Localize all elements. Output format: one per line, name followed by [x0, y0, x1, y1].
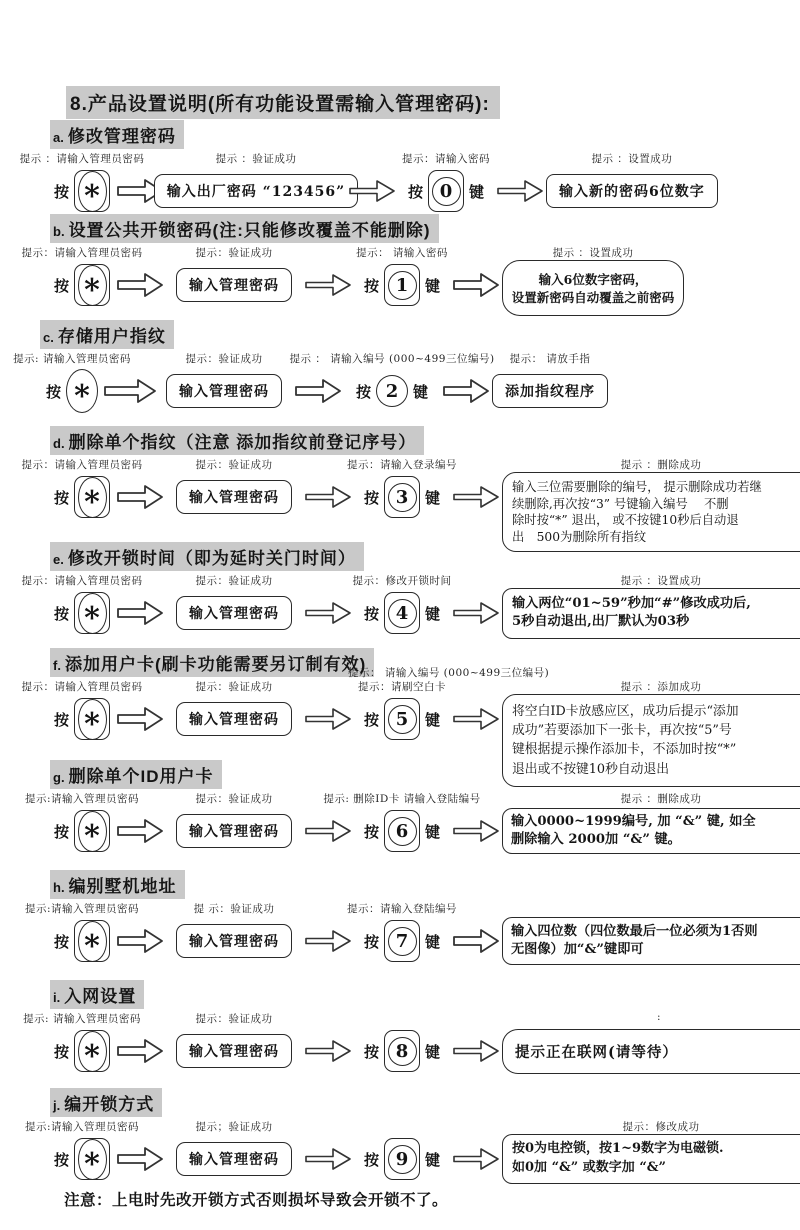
arrow-right-icon	[305, 600, 351, 626]
arrow-right-icon	[117, 818, 163, 844]
arrow-right-icon	[349, 178, 395, 204]
flow-row: 提示:请输入管理员密码 按 * 提示：验证成功 输入管理密码 提示: 删除ID卡…	[50, 791, 795, 856]
key-7-glyph: 7	[388, 927, 417, 956]
section-letter: i.	[53, 990, 60, 1005]
prompt: 提示：验证成功	[186, 351, 263, 366]
arrow-right-icon	[117, 1038, 163, 1064]
step-box: 输入管理密码	[176, 480, 292, 514]
key-6-glyph: 6	[388, 817, 417, 846]
section-h: h.编别墅机地址 提示:请输入管理员密码 按 * 提 示：验证成功 输入管理密码…	[50, 870, 795, 966]
prompt: 提示：请输入密码	[402, 151, 490, 166]
section-letter: g.	[53, 770, 65, 785]
star-key: *	[66, 371, 98, 411]
step-box: 输入管理密码	[176, 702, 292, 736]
section-letter: h.	[53, 880, 65, 895]
star-key-glyph: *	[78, 171, 107, 212]
key-5-glyph: 5	[388, 705, 417, 734]
press-label: 按	[54, 1149, 69, 1170]
section-letter: e.	[53, 552, 64, 567]
section-b: b.设置公共开锁密码(注:只能修改覆盖不能删除) 提示：请输入管理员密码 按 *…	[50, 214, 795, 316]
press-label: 按	[408, 181, 423, 202]
arrow-right-icon	[453, 818, 499, 844]
star-key-glyph: *	[78, 1139, 107, 1180]
arrow-right-icon	[305, 818, 351, 844]
arrow-right-icon	[453, 706, 499, 732]
press-label: 按	[54, 931, 69, 952]
step-box: 输入管理密码	[176, 1142, 292, 1176]
section-title: 修改开锁时间（即为延时关门时间）	[68, 549, 356, 568]
prompt: 提示 ：添加成功	[621, 679, 702, 694]
section-d-header: d.删除单个指纹（注意 添加指纹前登记序号）	[50, 426, 424, 455]
arrow-right-icon	[117, 272, 163, 298]
key-6: 6	[384, 810, 420, 852]
key-0: 0	[428, 170, 464, 212]
section-title: 修改管理密码	[68, 127, 176, 146]
arrow-right-icon	[453, 272, 499, 298]
arrow-right-icon	[497, 178, 543, 204]
prompt: 提示；验证成功	[196, 1119, 273, 1134]
press-label: 按	[54, 1041, 69, 1062]
prompt: 提示 ：设置成功	[591, 151, 672, 166]
step-box: 输入管理密码	[176, 814, 292, 848]
section-letter: d.	[53, 436, 65, 451]
result-box: 按0为电控锁，按1~9数字为电磁锁.如0加 “&” 或数字加 “&”	[502, 1134, 800, 1184]
star-key: *	[74, 170, 110, 212]
prompt: 提示: 请输入管理员密码	[13, 351, 131, 366]
section-j: j.编开锁方式 提示:请输入管理员密码 按 * 提示；验证成功 输入管理密码 按…	[50, 1088, 795, 1184]
star-key: *	[74, 476, 110, 518]
result-box: 输入三位需要删除的编号， 提示删除成功若继续删除,再次按“3” 号键输入编号 不…	[502, 472, 800, 552]
star-key-glyph: *	[78, 477, 107, 518]
prompt: 提示 ：验证成功	[216, 151, 297, 166]
step-box: 输入管理密码	[176, 1034, 292, 1068]
section-title: 设置公共开锁密码(注:只能修改覆盖不能删除)	[69, 221, 431, 240]
press-label: 按	[364, 1041, 379, 1062]
key-suffix-label: 键	[425, 275, 440, 296]
result-box: 提示正在联网(请等待）	[502, 1029, 800, 1074]
step-box: 输入出厂密码 “123456”	[154, 174, 358, 208]
step-box: 输入管理密码	[176, 924, 292, 958]
prompt: 提示：请输入管理员密码	[22, 573, 143, 588]
arrow-right-icon	[443, 378, 489, 404]
key-suffix-label: 键	[425, 487, 440, 508]
key-1-glyph: 1	[388, 271, 417, 300]
key-4: 4	[384, 592, 420, 634]
prompt: 提示：验证成功	[196, 1011, 273, 1026]
prompt: 提示： 请输入密码	[356, 245, 448, 260]
section-title: 入网设置	[64, 987, 136, 1006]
arrow-right-icon	[305, 484, 351, 510]
prompt: 提示 ：设置成功	[621, 573, 702, 588]
press-label: 按	[54, 275, 69, 296]
key-suffix-label: 键	[425, 1149, 440, 1170]
section-letter: f.	[53, 658, 61, 673]
result-box: 添加指纹程序	[492, 374, 608, 408]
prompt: 提示 ：请输入管理员密码	[20, 151, 145, 166]
arrow-right-icon	[117, 706, 163, 732]
key-suffix-label: 键	[425, 1041, 440, 1062]
prompt: 提示:请输入管理员密码	[25, 1119, 139, 1134]
key-suffix-label: 键	[425, 709, 440, 730]
section-e-header: e.修改开锁时间（即为延时关门时间）	[50, 542, 364, 571]
flow-row: 提示: 请输入管理员密码 按 * 提示：验证成功 输入管理密码 提示 ： 请输入…	[40, 351, 785, 416]
press-label: 按	[356, 381, 371, 402]
section-title: 编开锁方式	[64, 1095, 154, 1114]
prompt: 提示: 删除ID卡 请输入登陆编号	[323, 791, 480, 806]
prompt: 提示：请输入登陆编号	[347, 901, 457, 916]
press-label: 按	[364, 603, 379, 624]
result-box: 输入四位数（四位数最后一位必须为1否则无图像）加“&”键即可	[502, 917, 800, 966]
arrow-right-icon	[305, 1146, 351, 1172]
arrow-right-icon	[117, 484, 163, 510]
flow-row: 提示:请输入管理员密码 按 * 提示；验证成功 输入管理密码 按 9 键 提示：…	[50, 1119, 795, 1184]
page-title: 8.产品设置说明(所有功能设置需输入管理密码):	[66, 86, 500, 119]
arrow-right-icon	[295, 378, 341, 404]
key-5: 5	[384, 698, 420, 740]
prompt: 提 示：验证成功	[194, 901, 275, 916]
prompt: 提示： 请放手指	[510, 351, 591, 366]
star-key-glyph: *	[66, 369, 98, 413]
section-b-header: b.设置公共开锁密码(注:只能修改覆盖不能删除)	[50, 214, 439, 243]
section-f-header: f.添加用户卡(刷卡功能需要另订制有效)	[50, 648, 374, 677]
prompt: 提示 ：删除成功	[621, 791, 702, 806]
press-label: 按	[364, 1149, 379, 1170]
key-7: 7	[384, 920, 420, 962]
arrow-right-icon	[453, 600, 499, 626]
star-key-glyph: *	[78, 699, 107, 740]
section-title: 编别墅机地址	[69, 877, 177, 896]
section-i-header: i.入网设置	[50, 980, 144, 1009]
prompt: 提示：验证成功	[196, 573, 273, 588]
prompt: 提示：验证成功	[196, 679, 273, 694]
prompt: 提示：验证成功	[196, 791, 273, 806]
arrow-right-icon	[305, 928, 351, 954]
star-key-glyph: *	[78, 265, 107, 306]
arrow-right-icon	[453, 1038, 499, 1064]
section-title: 添加用户卡(刷卡功能需要另订制有效)	[65, 655, 366, 674]
star-key: *	[74, 1030, 110, 1072]
section-letter: a.	[53, 130, 64, 145]
result-box: 输入0000~1999编号, 加 “&” 键, 如全删除输入 2000加 “&”…	[502, 808, 800, 855]
star-key: *	[74, 810, 110, 852]
prompt: 提示 ：设置成功	[553, 245, 634, 260]
prompt: 提示：修改开锁时间	[353, 573, 452, 588]
section-d: d.删除单个指纹（注意 添加指纹前登记序号） 提示：请输入管理员密码 按 * 提…	[50, 426, 795, 552]
section-e: e.修改开锁时间（即为延时关门时间） 提示：请输入管理员密码 按 * 提示：验证…	[50, 542, 795, 639]
star-key-glyph: *	[78, 811, 107, 852]
key-suffix-label: 键	[425, 603, 440, 624]
section-a: a.修改管理密码 提示 ：请输入管理员密码 按 * 提示 ：验证成功 输入出厂密…	[50, 120, 795, 216]
press-label: 按	[54, 603, 69, 624]
flow-row: 提示: 请输入管理员密码 按 * 提示：验证成功 输入管理密码 按 8 键 : …	[50, 1011, 795, 1076]
arrow-right-icon	[117, 600, 163, 626]
key-9: 9	[384, 1138, 420, 1180]
section-title: 存储用户指纹	[58, 327, 166, 346]
section-c-header: c.存储用户指纹	[40, 320, 174, 349]
section-letter: b.	[53, 224, 65, 239]
prompt: 提示 ： 请输入编号 (000~499三位编号)	[289, 351, 494, 366]
section-j-header: j.编开锁方式	[50, 1088, 162, 1117]
press-label: 按	[54, 821, 69, 842]
star-key: *	[74, 920, 110, 962]
key-suffix-label: 键	[413, 381, 428, 402]
key-suffix-label: 键	[425, 931, 440, 952]
star-key: *	[74, 592, 110, 634]
section-g-header: g.删除单个ID用户卡	[50, 760, 222, 789]
star-key-glyph: *	[78, 921, 107, 962]
key-0-glyph: 0	[432, 177, 461, 206]
key-2-glyph: 2	[376, 375, 408, 407]
section-g: g.删除单个ID用户卡 提示:请输入管理员密码 按 * 提示：验证成功 输入管理…	[50, 760, 795, 856]
arrow-right-icon	[305, 1038, 351, 1064]
flow-row: 提示：请输入管理员密码 按 * 提示：验证成功 输入管理密码 提示：修改开锁时间…	[50, 573, 795, 639]
result-box: 输入6位数字密码，设置新密码自动覆盖之前密码	[502, 260, 684, 316]
key-3-glyph: 3	[388, 483, 417, 512]
manual-page: 8.产品设置说明(所有功能设置需输入管理密码): a.修改管理密码 提示 ：请输…	[0, 0, 800, 1230]
prompt: 提示:请输入管理员密码	[25, 901, 139, 916]
key-2: 2	[376, 371, 408, 411]
press-label: 按	[46, 381, 61, 402]
prompt: 提示：请输入登录编号	[347, 457, 457, 472]
press-label: 按	[364, 275, 379, 296]
key-8: 8	[384, 1030, 420, 1072]
result-box: 输入两位“01~59”秒加“#”修改成功后,5秒自动退出,出厂默认为03秒	[502, 588, 800, 639]
arrow-right-icon	[117, 928, 163, 954]
prompt: 提示:请输入管理员密码	[25, 791, 139, 806]
prompt: 提示：请输入管理员密码	[22, 245, 143, 260]
key-4-glyph: 4	[388, 599, 417, 628]
prompt: 提示 ：删除成功	[621, 457, 702, 472]
press-label: 按	[54, 181, 69, 202]
prompt: 提示: 请输入管理员密码	[23, 1011, 141, 1026]
section-letter: j.	[53, 1098, 60, 1113]
key-suffix-label: 键	[469, 181, 484, 202]
star-key-glyph: *	[78, 1031, 107, 1072]
section-i: i.入网设置 提示: 请输入管理员密码 按 * 提示：验证成功 输入管理密码 按…	[50, 980, 795, 1076]
arrow-right-icon	[104, 378, 156, 404]
prompt: 提示：请输入管理员密码	[22, 679, 143, 694]
section-c: c.存储用户指纹 提示: 请输入管理员密码 按 * 提示：验证成功 输入管理密码…	[40, 320, 785, 416]
prompt: 提示： 请输入编号 (000~499三位编号)提示：请刷空白卡	[358, 679, 446, 694]
section-title: 删除单个指纹（注意 添加指纹前登记序号）	[69, 433, 417, 452]
press-label: 按	[364, 931, 379, 952]
prompt: 提示：验证成功	[196, 245, 273, 260]
star-key-glyph: *	[78, 593, 107, 634]
key-1: 1	[384, 264, 420, 306]
arrow-right-icon	[305, 706, 351, 732]
star-key: *	[74, 264, 110, 306]
section-letter: c.	[43, 330, 54, 345]
key-8-glyph: 8	[388, 1037, 417, 1066]
section-title: 删除单个ID用户卡	[69, 767, 214, 786]
press-label: 按	[54, 709, 69, 730]
section-a-header: a.修改管理密码	[50, 120, 184, 149]
result-box: 输入新的密码6位数字	[546, 174, 718, 208]
section-h-header: h.编别墅机地址	[50, 870, 185, 899]
key-3: 3	[384, 476, 420, 518]
arrow-right-icon	[453, 928, 499, 954]
arrow-right-icon	[305, 272, 351, 298]
prompt: :	[657, 1011, 661, 1026]
flow-row: 提示:请输入管理员密码 按 * 提 示：验证成功 输入管理密码 提示：请输入登陆…	[50, 901, 795, 966]
step-box: 输入管理密码	[176, 268, 292, 302]
prompt: 提示： 请输入编号 (000~499三位编号)	[348, 665, 549, 680]
prompt: 提示：请输入管理员密码	[22, 457, 143, 472]
prompt: 提示：修改成功	[623, 1119, 700, 1134]
flow-row: 提示：请输入管理员密码 按 * 提示：验证成功 输入管理密码 提示： 请输入密码…	[50, 245, 795, 316]
press-label: 按	[364, 709, 379, 730]
key-suffix-label: 键	[425, 821, 440, 842]
prompt: 提示：验证成功	[196, 457, 273, 472]
key-9-glyph: 9	[388, 1145, 417, 1174]
arrow-right-icon	[117, 1146, 163, 1172]
footer-note: 注意：上电时先改开锁方式否则损坏导致会开锁不了。	[64, 1188, 448, 1210]
arrow-right-icon	[453, 1146, 499, 1172]
flow-row: 提示 ：请输入管理员密码 按 * 提示 ：验证成功 输入出厂密码 “123456…	[50, 151, 795, 216]
arrow-right-icon	[453, 484, 499, 510]
press-label: 按	[364, 821, 379, 842]
star-key: *	[74, 698, 110, 740]
press-label: 按	[54, 487, 69, 508]
step-box: 输入管理密码	[166, 374, 282, 408]
press-label: 按	[364, 487, 379, 508]
step-box: 输入管理密码	[176, 596, 292, 630]
star-key: *	[74, 1138, 110, 1180]
flow-row: 提示：请输入管理员密码 按 * 提示：验证成功 输入管理密码 提示：请输入登录编…	[50, 457, 795, 552]
